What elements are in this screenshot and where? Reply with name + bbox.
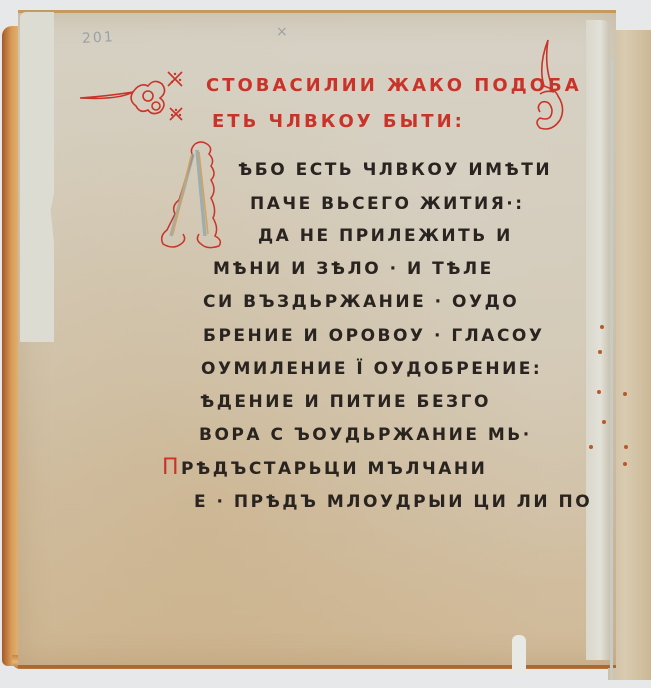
folio-number: 201 <box>82 29 116 47</box>
rubric-heading-line-1: СТОВАСИЛИИ ЖАКО ПОДОБА <box>206 75 582 96</box>
floral-ornament-icon <box>78 68 188 128</box>
rust-spot <box>589 445 593 449</box>
text-line-6: БРЕНИЕ И ОРОВОУ · ГЛАСОУ <box>203 326 544 346</box>
text-line-10: ПРѢДЪСТАРЬЦИ МЪЛЧАНИ <box>162 455 487 480</box>
rust-spot <box>623 462 627 466</box>
repair-strip-right <box>586 20 610 660</box>
text-line-2: ПАЧЕ ВЬСЕГО ЖИТИЯ·: <box>250 194 525 214</box>
rust-spot <box>602 420 606 424</box>
decorated-initial-icon: Д <box>155 140 235 250</box>
rubric-heading-line-2: ЕТЬ ЧЛВКОУ БЫТИ: <box>212 111 465 132</box>
svg-text:Д: Д <box>157 140 158 141</box>
rust-spot <box>597 390 601 394</box>
text-line-8: ѢДЕНИЕ И ПИТИЕ БЕЗГО <box>200 392 491 412</box>
pencil-mark: × <box>276 24 288 40</box>
text-line-3: ДА НЕ ПРИЛЕЖИТЬ И <box>258 226 513 246</box>
text-line-5: СИ ВЪЗДЬРЖАНИЕ · ОУДО <box>203 292 519 312</box>
rust-spot <box>598 350 602 354</box>
text-line-11: Е · ПРѢДЪ МЛОУДРЫИ ЦИ ЛИ ПО <box>194 492 592 512</box>
rubricated-line-text: РѢДЪСТАРЬЦИ МЪЛЧАНИ <box>181 459 487 479</box>
text-line-9: ВОРА С ЪОУДЬРЖАНИЕ МЬ· <box>199 425 532 445</box>
rust-spot <box>600 325 604 329</box>
rust-spot <box>623 392 627 396</box>
rust-spot <box>624 445 628 449</box>
rubricated-initial: П <box>162 455 181 480</box>
text-line-4: МѢНИ И ЗѢЛО · И ТѢЛЕ <box>213 259 494 279</box>
page-fold-line <box>610 60 613 680</box>
text-line-1: ѢБО ЕСТЬ ЧЛВКОУ ИМѢТИ <box>238 160 552 180</box>
repair-strip-left <box>20 12 54 342</box>
repair-tab-bottom <box>512 635 526 675</box>
text-line-7: ОУМИЛЕНИЕ Ї ОУДОБРЕНИЕ: <box>201 359 542 379</box>
